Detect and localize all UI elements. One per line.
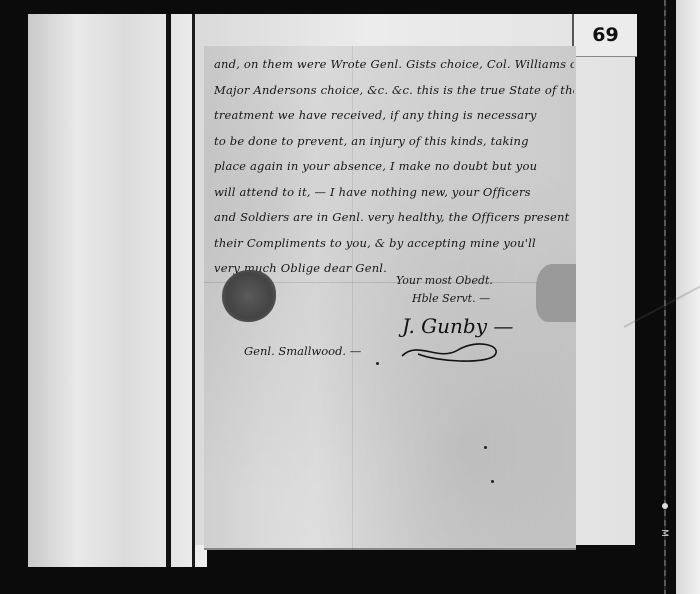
signature: J. Gunby — (402, 314, 513, 338)
page-number-label: 69 (572, 14, 637, 57)
page-number: 69 (592, 24, 618, 46)
addressee: Genl. Smallwood. — (244, 344, 361, 358)
letter-line: to be done to prevent, an injury of this… (214, 129, 574, 155)
letter-line: and Soldiers are in Genl. very healthy, … (214, 205, 574, 231)
letter-page: and, on them were Wrote Genl. Gists choi… (204, 46, 576, 550)
letter-body: and, on them were Wrote Genl. Gists choi… (214, 52, 574, 282)
closing-line: Your most Obedt. (396, 272, 493, 290)
film-edge-letter: M (659, 529, 669, 537)
facing-page (28, 14, 166, 567)
letter-line: their Compliments to you, & by accepting… (214, 231, 574, 257)
signature-flourish-icon (398, 336, 508, 364)
ink-spot (491, 480, 494, 483)
ink-spot (376, 362, 379, 365)
wax-seal-stain (222, 270, 276, 322)
letter-line: Major Andersons choice, &c. &c. this is … (214, 78, 574, 104)
letter-line: will attend to it, — I have nothing new,… (214, 180, 574, 206)
letter-line: and, on them were Wrote Genl. Gists choi… (214, 52, 574, 78)
letter-line: place again in your absence, I make no d… (214, 154, 574, 180)
closing-line: Hble Servt. — (396, 290, 493, 308)
letter-closing: Your most Obedt. Hble Servt. — (396, 272, 493, 308)
letter-line: treatment we have received, if any thing… (214, 103, 574, 129)
torn-corner-patch (536, 264, 576, 322)
film-registration-dot (662, 503, 668, 509)
ink-spot (484, 446, 487, 449)
